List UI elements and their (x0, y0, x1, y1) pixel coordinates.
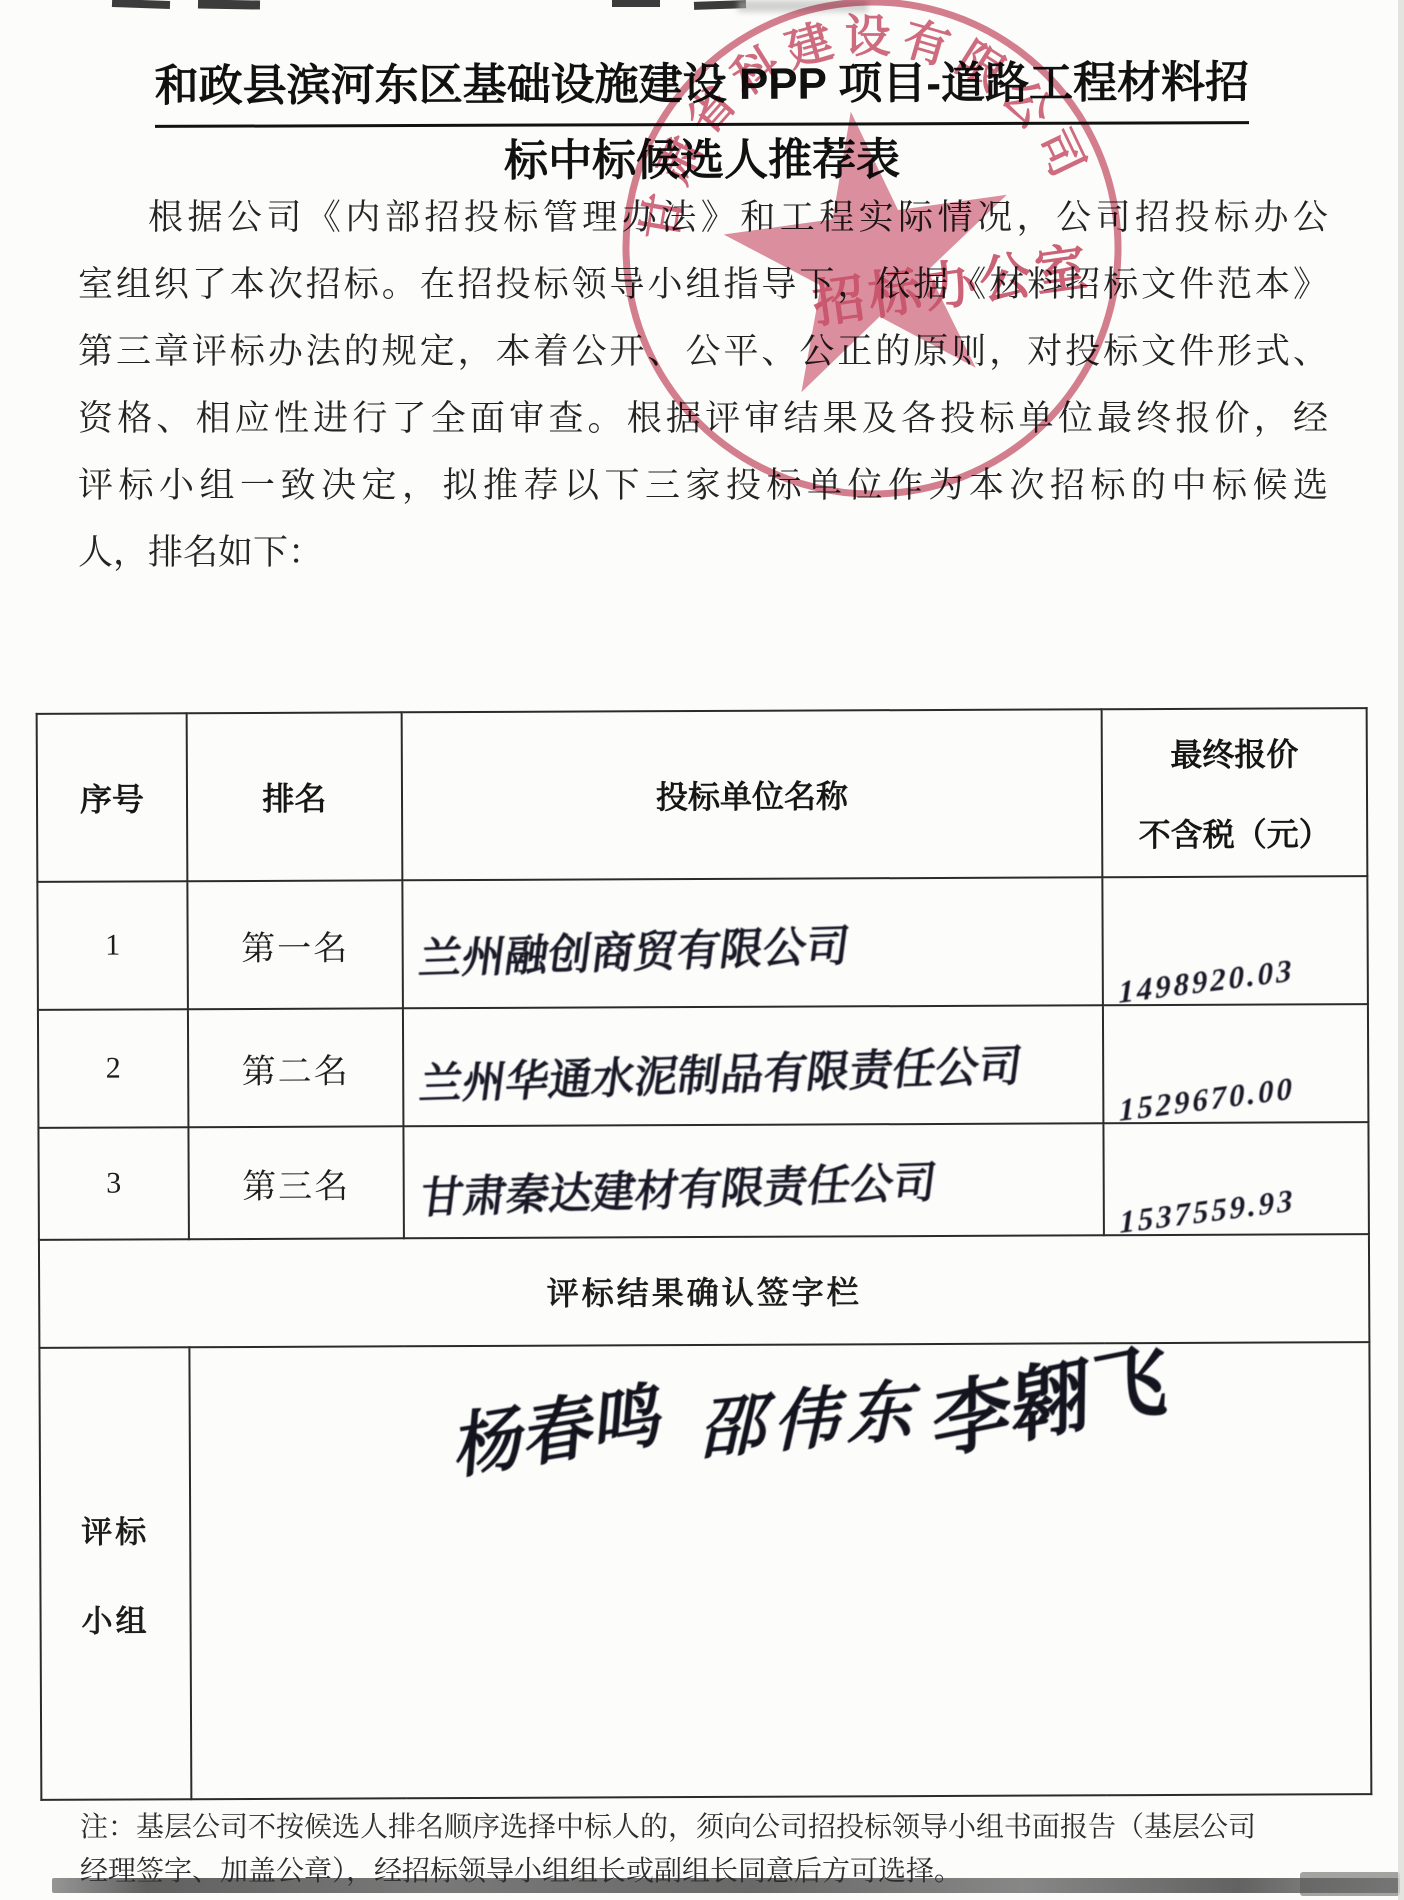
paragraph-line-2: 室组织了本次招标。在招投标领导小组指导下，依据《材料招标文件范本》 (78, 251, 1328, 318)
signature-row: 评标 小组 杨春鸣 邵伟东 李翱飞 (39, 1342, 1371, 1800)
scan-smudge-top (738, 0, 868, 12)
header-price: 最终报价 不含税（元） (1102, 708, 1368, 877)
paragraph-line-4: 资格、相应性进行了全面审查。根据评审结果及各投标单位最终报价，经 (78, 385, 1328, 452)
paragraph-line-5: 评标小组一致决定，拟推荐以下三家投标单位作为本次招标的中标候选 (78, 452, 1328, 519)
document-title: 和政县滨河东区基础设施建设 PPP 项目-道路工程材料招 标中标候选人推荐表 (0, 48, 1404, 199)
row3-price-cell: 1537559.93 (1103, 1122, 1368, 1235)
intro-paragraph: 根据公司《内部招投标管理办法》和工程实际情况，公司招投标办公 室组织了本次招标。… (78, 184, 1328, 586)
table-row: 1 第一名 兰州融创商贸有限公司 1498920.03 (37, 876, 1368, 1010)
scanned-document-page: 和政县滨河东区基础设施建设 PPP 项目-道路工程材料招 标中标候选人推荐表 根… (0, 0, 1404, 1900)
header-rank: 排名 (187, 712, 403, 881)
note-line-2: 经理签字、加盖公章），经招标领导小组组长或副组长同意后方可选择。 (80, 1850, 1370, 1894)
bid-table: 序号 排名 投标单位名称 最终报价 不含税（元） 1 第一名 兰州融创商贸有限公… (36, 707, 1373, 1801)
row1-company-handwriting: 兰州融创商贸有限公司 (416, 912, 854, 986)
signature-2: 邵伟东 (695, 1354, 938, 1472)
table-row: 2 第二名 兰州华通水泥制品有限责任公司 1529670.00 (38, 1004, 1369, 1128)
title-line-2-text: 标中标候选人推荐表 (504, 135, 900, 185)
confirm-row: 评标结果确认签字栏 (39, 1234, 1369, 1348)
table-row: 3 第三名 甘肃秦达建材有限责任公司 1537559.93 (38, 1122, 1368, 1240)
row1-price-cell: 1498920.03 (1102, 876, 1368, 1005)
row1-rank: 第一名 (187, 880, 403, 1009)
row1-no: 1 (37, 881, 188, 1010)
signature-area: 杨春鸣 邵伟东 李翱飞 (189, 1342, 1371, 1799)
header-price-line-1: 最终报价 (1170, 736, 1298, 773)
row2-rank: 第二名 (188, 1008, 404, 1127)
row3-company-handwriting: 甘肃秦达建材有限责任公司 (417, 1149, 941, 1226)
paragraph-line-3: 第三章评标办法的规定，本着公开、公平、公正的原则，对投标文件形式、 (78, 318, 1328, 385)
header-company: 投标单位名称 (402, 709, 1103, 880)
row3-no: 3 (38, 1127, 188, 1240)
row2-no: 2 (38, 1009, 189, 1128)
evaluation-group-line-2: 小组 (41, 1595, 189, 1641)
scan-artifact-top-mid-1 (612, 0, 660, 7)
paragraph-line-6: 人，排名如下： (78, 519, 1328, 586)
row2-company-cell: 兰州华通水泥制品有限责任公司 (403, 1005, 1104, 1126)
title-line-1: 和政县滨河东区基础设施建设 PPP 项目-道路工程材料招 (0, 48, 1404, 129)
evaluation-group-line-1: 评标 (41, 1506, 189, 1552)
table-header-row: 序号 排名 投标单位名称 最终报价 不含税（元） (37, 708, 1368, 882)
scan-artifact-top-left-1 (112, 0, 170, 9)
signature-1: 杨春鸣 (453, 1356, 669, 1493)
row2-price-handwriting: 1529670.00 (1119, 1071, 1296, 1130)
paragraph-line-1: 根据公司《内部招投标管理办法》和工程实际情况，公司招投标办公 (78, 184, 1328, 251)
row1-company-cell: 兰州融创商贸有限公司 (402, 877, 1103, 1008)
header-price-line-2: 不含税（元） (1103, 809, 1366, 856)
row3-rank: 第三名 (188, 1126, 403, 1239)
scan-artifact-top-left-2 (198, 0, 260, 10)
note-line-1: 注：基层公司不按候选人排名顺序选择中标人的，须向公司招投标领导小组书面报告（基层… (80, 1806, 1370, 1850)
row2-price-cell: 1529670.00 (1103, 1004, 1369, 1123)
scan-edge-shadow (1398, 0, 1404, 1900)
row2-company-handwriting: 兰州华通水泥制品有限责任公司 (416, 1032, 1026, 1112)
confirm-row-label: 评标结果确认签字栏 (39, 1234, 1369, 1348)
row3-company-cell: 甘肃秦达建材有限责任公司 (403, 1123, 1103, 1238)
title-line-1-text: 和政县滨河东区基础设施建设 PPP 项目-道路工程材料招 (155, 48, 1250, 128)
row3-price-handwriting: 1537559.93 (1119, 1183, 1296, 1242)
row1-price-handwriting: 1498920.03 (1118, 953, 1295, 1012)
header-no: 序号 (37, 713, 188, 882)
footer-note: 注：基层公司不按候选人排名顺序选择中标人的，须向公司招投标领导小组书面报告（基层… (80, 1806, 1370, 1894)
evaluation-group-label: 评标 小组 (39, 1347, 191, 1800)
